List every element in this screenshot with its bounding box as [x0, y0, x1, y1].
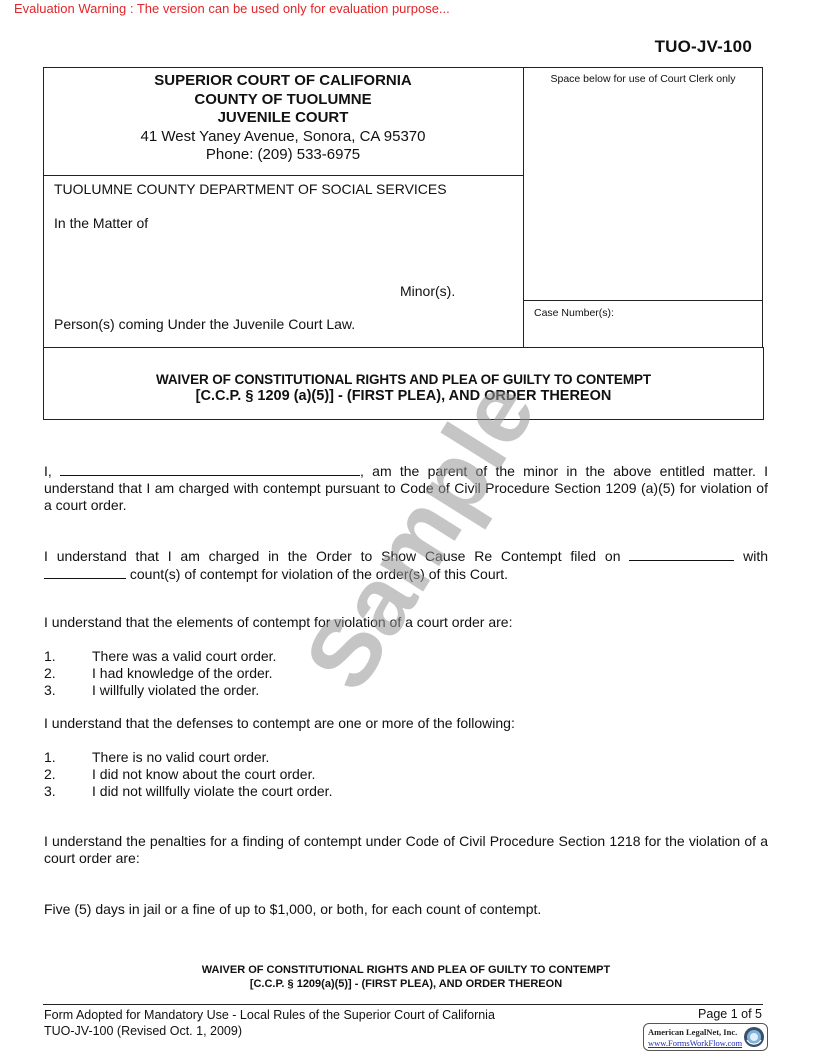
vendor-name: American LegalNet, Inc.: [648, 1027, 737, 1037]
list-item: 3.I willfully violated the order.: [44, 682, 276, 699]
list-item: 3.I did not willfully violate the court …: [44, 783, 332, 800]
globe-logo-icon: [743, 1026, 765, 1048]
clerk-use-cell: Space below for use of Court Clerk only: [523, 67, 763, 301]
list-text: I did not know about the court order.: [92, 766, 315, 782]
charge-statement: I understand that I am charged in the Or…: [44, 547, 768, 583]
court-phone: Phone: (209) 533-6975: [43, 146, 523, 165]
form-adopted-text: Form Adopted for Mandatory Use - Local R…: [44, 1007, 495, 1023]
charge-statement-tail: count(s) of contempt for violation of th…: [130, 566, 508, 582]
list-text: I willfully violated the order.: [92, 682, 259, 698]
persons-label: Person(s) coming Under the Juvenile Cour…: [54, 316, 355, 332]
list-item: 2.I did not know about the court order.: [44, 766, 332, 783]
court-name: SUPERIOR COURT OF CALIFORNIA: [43, 72, 523, 91]
count-field[interactable]: [44, 565, 126, 579]
list-item: 2.I had knowledge of the order.: [44, 665, 276, 682]
footer-divider: [43, 1004, 763, 1005]
list-text: There was a valid court order.: [92, 648, 276, 664]
list-number: 2.: [44, 766, 92, 783]
penalty-text: Five (5) days in jail or a fine of up to…: [44, 901, 768, 918]
vendor-link[interactable]: www.FormsWorkFlow.com: [648, 1038, 742, 1048]
parent-name-field[interactable]: [60, 462, 360, 476]
court-county: COUNTY OF TUOLUMNE: [43, 91, 523, 110]
vendor-badge[interactable]: American LegalNet, Inc. www.FormsWorkFlo…: [643, 1023, 768, 1051]
elements-list: 1.There was a valid court order. 2.I had…: [44, 648, 276, 699]
list-text: I did not willfully violate the court or…: [92, 783, 332, 799]
in-the-matter-label: In the Matter of: [54, 215, 148, 231]
page-number: Page 1 of 5: [698, 1007, 762, 1021]
charge-statement-text: I understand that I am charged in the Or…: [44, 548, 620, 564]
evaluation-warning: Evaluation Warning : The version can be …: [14, 1, 450, 16]
form-title-box: WAIVER OF CONSTITUTIONAL RIGHTS AND PLEA…: [43, 347, 764, 420]
clerk-use-label: Space below for use of Court Clerk only: [523, 67, 763, 85]
petitioner-department: TUOLUMNE COUNTY DEPARTMENT OF SOCIAL SER…: [54, 181, 447, 197]
form-title: WAIVER OF CONSTITUTIONAL RIGHTS AND PLEA…: [44, 372, 763, 387]
list-text: I had knowledge of the order.: [92, 665, 273, 681]
court-address: 41 West Yaney Avenue, Sonora, CA 95370: [43, 128, 523, 147]
penalties-intro: I understand the penalties for a finding…: [44, 833, 768, 867]
list-number: 3.: [44, 682, 92, 699]
footer-form-info: Form Adopted for Mandatory Use - Local R…: [44, 1007, 495, 1039]
list-number: 1.: [44, 749, 92, 766]
footer-title: WAIVER OF CONSTITUTIONAL RIGHTS AND PLEA…: [43, 963, 769, 991]
elements-intro: I understand that the elements of contem…: [44, 614, 768, 631]
list-item: 1.There is no valid court order.: [44, 749, 332, 766]
list-item: 1.There was a valid court order.: [44, 648, 276, 665]
pronoun-i: I,: [44, 463, 52, 479]
minors-label: Minor(s).: [400, 283, 455, 299]
list-text: There is no valid court order.: [92, 749, 269, 765]
list-number: 1.: [44, 648, 92, 665]
list-number: 3.: [44, 783, 92, 800]
defenses-intro: I understand that the defenses to contem…: [44, 715, 768, 732]
defenses-list: 1.There is no valid court order. 2.I did…: [44, 749, 332, 800]
footer-title-line2: [C.C.P. § 1209(a)(5)] - (FIRST PLEA), AN…: [43, 977, 769, 991]
form-subtitle: [C.C.P. § 1209 (a)(5)] - (FIRST PLEA), A…: [44, 388, 763, 404]
case-number-field[interactable]: [534, 322, 754, 340]
form-revision-text: TUO-JV-100 (Revised Oct. 1, 2009): [44, 1023, 495, 1039]
filed-date-field[interactable]: [629, 547, 734, 561]
court-division: JUVENILE COURT: [43, 109, 523, 128]
footer-title-line1: WAIVER OF CONSTITUTIONAL RIGHTS AND PLEA…: [43, 963, 769, 977]
case-number-label: Case Number(s):: [534, 307, 614, 319]
form-id: TUO-JV-100: [655, 37, 752, 57]
parent-statement: I, , am the parent of the minor in the a…: [44, 462, 768, 514]
with-text: with: [743, 548, 768, 564]
list-number: 2.: [44, 665, 92, 682]
court-info-cell: SUPERIOR COURT OF CALIFORNIA COUNTY OF T…: [43, 67, 524, 176]
